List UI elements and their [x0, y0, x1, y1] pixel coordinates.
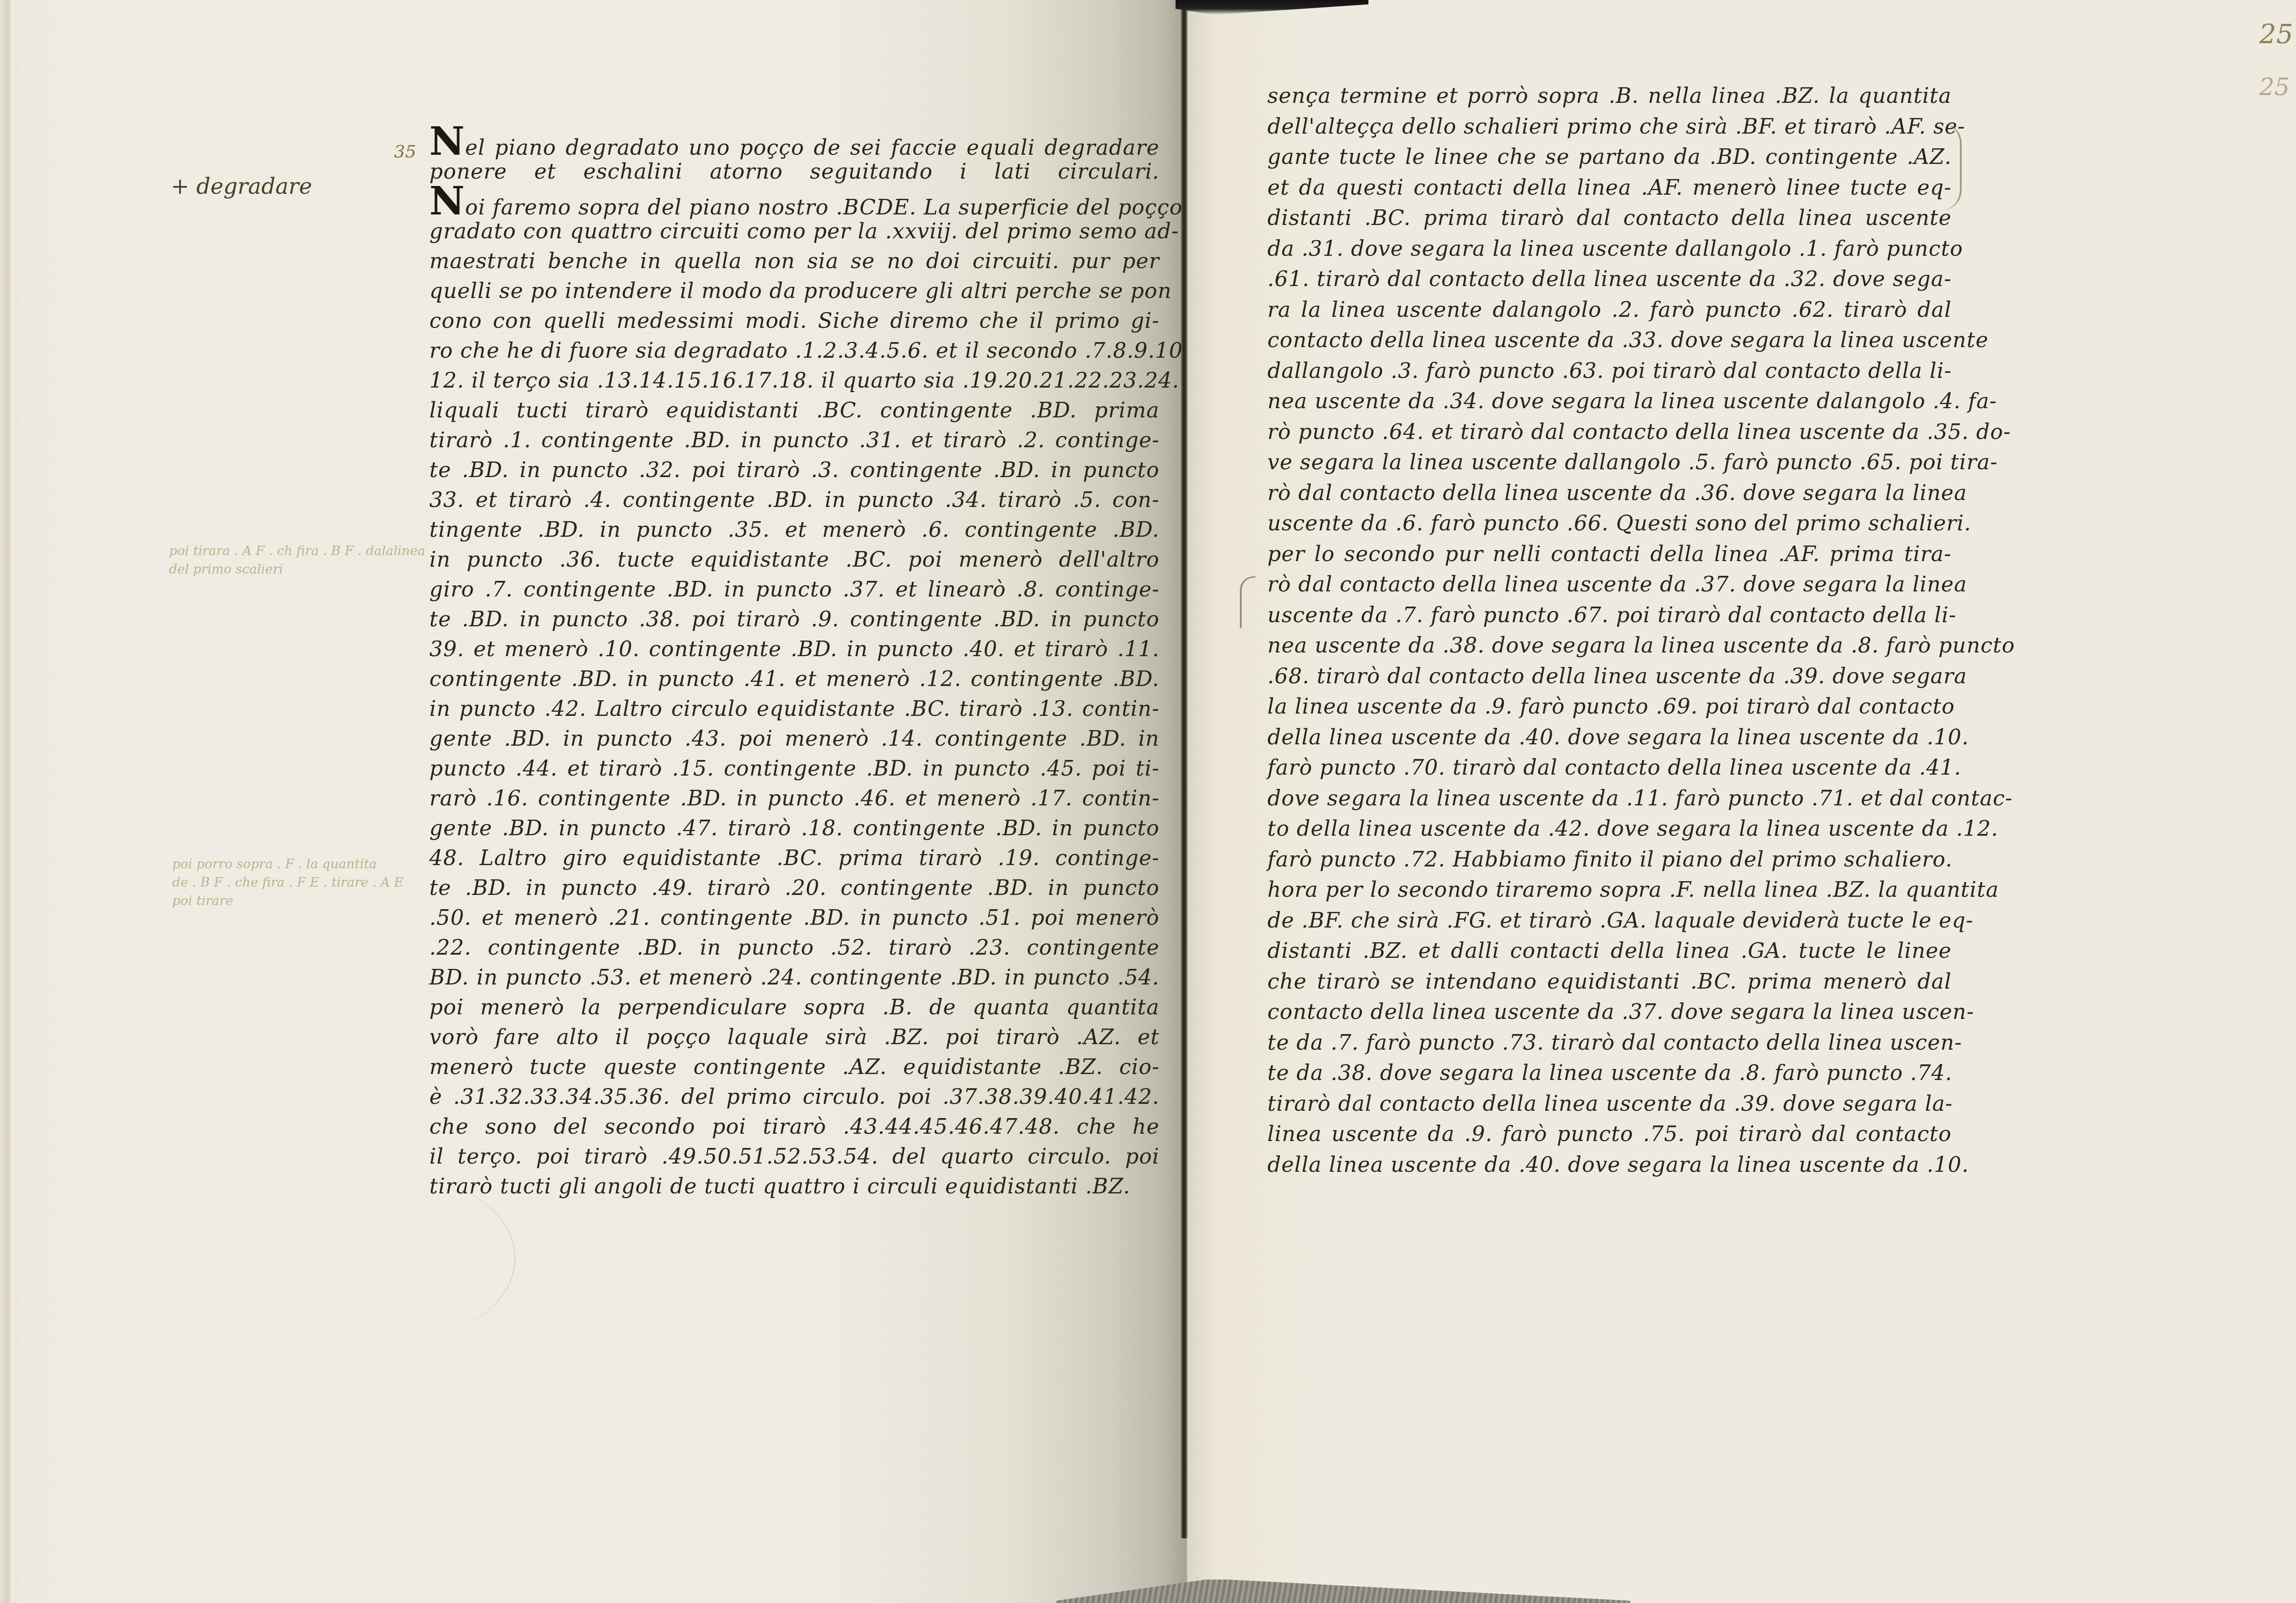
- text-line: 39. et menerò .10. contingente .BD. in p…: [429, 635, 1159, 663]
- text-line: è .31.32.33.34.35.36. del primo circulo.…: [429, 1083, 1159, 1110]
- text-line: te .BD. in puncto .32. poi tirarò .3. co…: [429, 456, 1159, 484]
- margin-note-degradare: + degradare: [171, 174, 312, 199]
- text-line: uscente da .6. farò puncto .66. Questi s…: [1267, 509, 1952, 537]
- margin-bracket: [1941, 123, 1962, 210]
- gutter-fold: [1181, 9, 1187, 1538]
- text-line: Nel piano degradato uno poçço de sei fac…: [429, 128, 1159, 161]
- text-line: tirarò dal contacto della linea uscente …: [1267, 1090, 1952, 1117]
- text-line: che tirarò se intendano equidistanti .BC…: [1267, 967, 1952, 995]
- text-line: ponere et eschalini atorno seguitando i …: [429, 157, 1159, 185]
- margin-note-line: poi tirare: [172, 892, 403, 910]
- text-line: rò dal contacto della linea uscente da .…: [1267, 479, 1952, 506]
- text-line: maestrati benche in quella non sia se no…: [429, 247, 1159, 275]
- left-page: + degradare poi tirara . A F . ch fira .…: [0, 0, 1187, 1603]
- text-line: da .31. dove segara la linea uscente dal…: [1267, 235, 1952, 262]
- text-line: la linea uscente da .9. farò puncto .69.…: [1267, 692, 1952, 720]
- text-line: che sono del secondo poi tirarò .43.44.4…: [429, 1113, 1159, 1140]
- text-line: et da questi contacti della linea .AF. m…: [1267, 174, 1952, 201]
- margin-note-af: poi tirara . A F . ch fira . B F . dalal…: [169, 542, 425, 579]
- text-line: farò puncto .72. Habbiamo finito il pian…: [1267, 845, 1952, 873]
- text-line: il terço. poi tirarò .49.50.51.52.53.54.…: [429, 1142, 1159, 1170]
- text-line: gente .BD. in puncto .47. tirarò .18. co…: [429, 814, 1159, 842]
- text-line: giro .7. contingente .BD. in puncto .37.…: [429, 575, 1159, 603]
- text-line: quelli se po intendere il modo da produc…: [429, 277, 1159, 304]
- text-line: te .BD. in puncto .38. poi tirarò .9. co…: [429, 605, 1159, 633]
- text-line: tirarò tucti gli angoli de tucti quattro…: [429, 1172, 1159, 1200]
- text-line: menerò tucte queste contingente .AZ. equ…: [429, 1053, 1159, 1080]
- text-line: in puncto .36. tucte equidistante .BC. p…: [429, 546, 1159, 573]
- manuscript-spread: + degradare poi tirara . A F . ch fira .…: [0, 0, 2296, 1603]
- text-line: puncto .44. et tirarò .15. contingente .…: [429, 754, 1159, 782]
- text-line: tingente .BD. in puncto .35. et menerò .…: [429, 516, 1159, 543]
- text-line: Noi faremo sopra del piano nostro .BCDE.…: [429, 187, 1159, 221]
- text-line: .50. et menerò .21. contingente .BD. in …: [429, 904, 1159, 931]
- text-line: distanti .BZ. et dalli contacti della li…: [1267, 937, 1952, 964]
- text-line: cono con quelli medessimi modi. Siche di…: [429, 307, 1159, 334]
- margin-note-line: de . B F . che fira . F E . tirare . A E: [172, 873, 403, 892]
- text-line: rò puncto .64. et tirarò dal contacto de…: [1267, 418, 1952, 445]
- text-line: dell'alteçça dello schalieri primo che s…: [1267, 112, 1952, 140]
- text-line: della linea uscente da .40. dove segara …: [1267, 723, 1952, 751]
- text-line: .68. tirarò dal contacto della linea usc…: [1267, 662, 1952, 690]
- text-line: liquali tucti tirarò equidistanti .BC. c…: [429, 396, 1159, 424]
- text-line: 12. il terço sia .13.14.15.16.17.18. il …: [429, 366, 1159, 394]
- page-curl-shadow: [276, 1176, 516, 1341]
- text-line: dove segara la linea uscente da .11. far…: [1267, 784, 1952, 812]
- margin-bracket: [1240, 576, 1255, 628]
- text-line: de .BF. che sirà .FG. et tirarò .GA. laq…: [1267, 906, 1952, 934]
- text-line: 48. Laltro giro equidistante .BC. prima …: [429, 844, 1159, 872]
- text-line: to della linea uscente da .42. dove sega…: [1267, 815, 1952, 842]
- text-line: distanti .BC. prima tirarò dal contacto …: [1267, 204, 1952, 231]
- text-line: tirarò .1. contingente .BD. in puncto .3…: [429, 426, 1159, 454]
- text-line: hora per lo secondo tiraremo sopra .F. n…: [1267, 876, 1952, 903]
- text-line: 33. et tirarò .4. contingente .BD. in pu…: [429, 486, 1159, 513]
- margin-note-line: poi tirara . A F . ch fira . B F . dalal…: [169, 542, 425, 560]
- folio-number: 25: [2259, 18, 2293, 50]
- text-line: per lo secondo pur nelli contacti della …: [1267, 540, 1952, 568]
- text-line: poi menerò la perpendiculare sopra .B. d…: [429, 993, 1159, 1021]
- margin-note-line: poi porro sopra . F . la quantita: [172, 855, 403, 873]
- text-line: .22. contingente .BD. in puncto .52. tir…: [429, 934, 1159, 961]
- text-line: farò puncto .70. tirarò dal contacto del…: [1267, 754, 1952, 781]
- text-line: ra la linea uscente dalangolo .2. farò p…: [1267, 296, 1952, 323]
- text-line: gente .BD. in puncto .43. poi menerò .14…: [429, 725, 1159, 752]
- text-line: sença termine et porrò sopra .B. nella l…: [1267, 82, 1952, 109]
- text-line: ro che he di fuore sia degradato .1.2.3.…: [429, 337, 1159, 364]
- text-line: della linea uscente da .40. dove segara …: [1267, 1151, 1952, 1178]
- text-line: gradato con quattro circuiti como per la…: [429, 217, 1159, 245]
- text-line: contingente .BD. in puncto .41. et mener…: [429, 665, 1159, 692]
- text-line: rò dal contacto della linea uscente da .…: [1267, 570, 1952, 598]
- text-line: .61. tirarò dal contacto della linea usc…: [1267, 265, 1952, 292]
- text-line: nea uscente da .34. dove segara la linea…: [1267, 387, 1952, 415]
- text-line: nea uscente da .38. dove segara la linea…: [1267, 631, 1952, 659]
- folio-number-faint: 25: [2259, 73, 2290, 101]
- text-line: ve segara la linea uscente dallangolo .5…: [1267, 448, 1952, 476]
- text-line: gante tucte le linee che se partano da .…: [1267, 143, 1952, 170]
- text-line: vorò fare alto il poçço laquale sirà .BZ…: [429, 1023, 1159, 1051]
- text-line: linea uscente da .9. farò puncto .75. po…: [1267, 1120, 1952, 1147]
- text-line: contacto della linea uscente da .37. dov…: [1267, 998, 1952, 1025]
- margin-note-line: del primo scalieri: [169, 560, 425, 579]
- text-line: te .BD. in puncto .49. tirarò .20. conti…: [429, 874, 1159, 901]
- spine-edge: [0, 0, 17, 1603]
- text-line: in puncto .42. Laltro circulo equidistan…: [429, 695, 1159, 722]
- section-number: 35: [394, 141, 416, 162]
- margin-note-f: poi porro sopra . F . la quantita de . B…: [172, 855, 403, 910]
- text-line: uscente da .7. farò puncto .67. poi tira…: [1267, 601, 1952, 629]
- text-line: BD. in puncto .53. et menerò .24. contin…: [429, 963, 1159, 991]
- text-line: te da .38. dove segara la linea uscente …: [1267, 1059, 1952, 1086]
- text-line: rarò .16. contingente .BD. in puncto .46…: [429, 784, 1159, 812]
- text-line: contacto della linea uscente da .33. dov…: [1267, 326, 1952, 354]
- text-line: dallangolo .3. farò puncto .63. poi tira…: [1267, 357, 1952, 384]
- text-line: te da .7. farò puncto .73. tirarò dal co…: [1267, 1029, 1952, 1056]
